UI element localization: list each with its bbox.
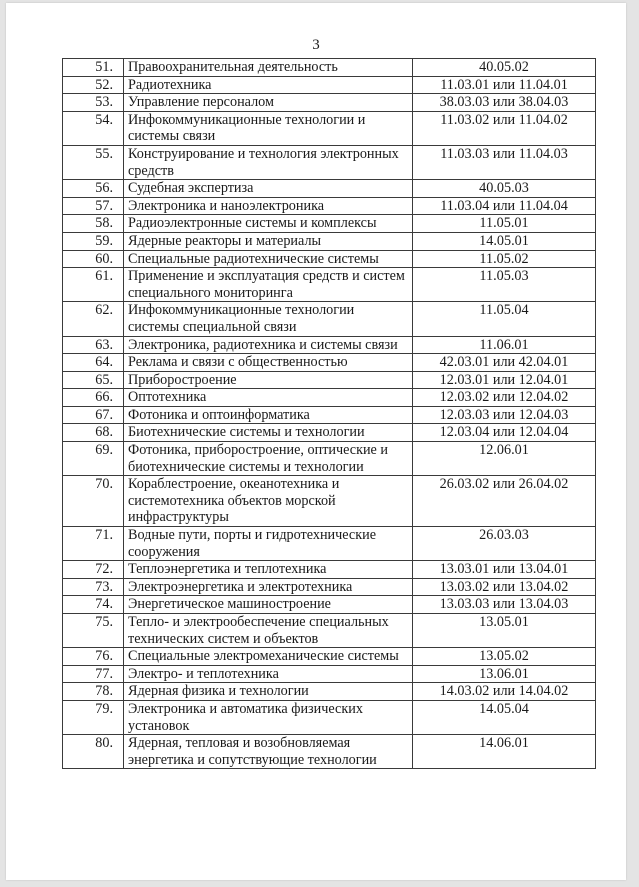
specialty-code: 11.03.03 или 11.04.03 <box>413 145 596 179</box>
specialty-name: Судебная экспертиза <box>124 180 413 198</box>
table-row: 62.Инфокоммуникационные технологии систе… <box>63 302 596 336</box>
specialty-name: Радиотехника <box>124 76 413 94</box>
row-number: 65. <box>63 371 124 389</box>
table-row: 69.Фотоника, приборостроение, оптические… <box>63 442 596 476</box>
specialty-code: 11.05.02 <box>413 250 596 268</box>
specialty-code: 13.05.01 <box>413 614 596 648</box>
table-row: 54.Инфокоммуникационные технологии и сис… <box>63 111 596 145</box>
row-number: 70. <box>63 476 124 527</box>
table-row: 67.Фотоника и оптоинформатика12.03.03 ил… <box>63 406 596 424</box>
specialty-code: 12.03.04 или 12.04.04 <box>413 424 596 442</box>
specialty-name: Правоохранительная деятельность <box>124 59 413 77</box>
table-row: 53.Управление персоналом38.03.03 или 38.… <box>63 94 596 112</box>
specialty-name: Кораблестроение, океанотехника и системо… <box>124 476 413 527</box>
table-row: 55.Конструирование и технология электрон… <box>63 145 596 179</box>
specialty-name: Биотехнические системы и технологии <box>124 424 413 442</box>
specialty-name: Электроника и автоматика физических уста… <box>124 700 413 734</box>
table-row: 74.Энергетическое машиностроение13.03.03… <box>63 596 596 614</box>
table-row: 79.Электроника и автоматика физических у… <box>63 700 596 734</box>
specialty-code: 38.03.03 или 38.04.03 <box>413 94 596 112</box>
specialty-name: Ядерная, тепловая и возобновляемая энерг… <box>124 735 413 769</box>
table-row: 61.Применение и эксплуатация средств и с… <box>63 268 596 302</box>
specialty-code: 11.05.03 <box>413 268 596 302</box>
specialty-name: Приборостроение <box>124 371 413 389</box>
row-number: 76. <box>63 648 124 666</box>
specialty-name: Оптотехника <box>124 389 413 407</box>
row-number: 74. <box>63 596 124 614</box>
table-row: 64.Реклама и связи с общественностью42.0… <box>63 354 596 372</box>
table-row: 73.Электроэнергетика и электротехника13.… <box>63 578 596 596</box>
specialty-name: Ядерная физика и технологии <box>124 683 413 701</box>
specialty-code: 14.03.02 или 14.04.02 <box>413 683 596 701</box>
row-number: 56. <box>63 180 124 198</box>
specialty-name: Радиоэлектронные системы и комплексы <box>124 215 413 233</box>
specialties-table: 51.Правоохранительная деятельность40.05.… <box>62 58 596 769</box>
table-row: 70.Кораблестроение, океанотехника и сист… <box>63 476 596 527</box>
page-number: 3 <box>6 36 626 54</box>
row-number: 52. <box>63 76 124 94</box>
table-body: 51.Правоохранительная деятельность40.05.… <box>63 59 596 769</box>
table-row: 71.Водные пути, порты и гидротехнические… <box>63 527 596 561</box>
specialty-name: Управление персоналом <box>124 94 413 112</box>
row-number: 53. <box>63 94 124 112</box>
specialty-code: 26.03.02 или 26.04.02 <box>413 476 596 527</box>
specialty-name: Инфокоммуникационные технологии и систем… <box>124 111 413 145</box>
specialty-name: Фотоника и оптоинформатика <box>124 406 413 424</box>
row-number: 57. <box>63 197 124 215</box>
specialty-name: Реклама и связи с общественностью <box>124 354 413 372</box>
specialty-code: 13.03.02 или 13.04.02 <box>413 578 596 596</box>
table-row: 75.Тепло- и электрообеспечение специальн… <box>63 614 596 648</box>
table-row: 80.Ядерная, тепловая и возобновляемая эн… <box>63 735 596 769</box>
specialty-code: 13.03.03 или 13.04.03 <box>413 596 596 614</box>
specialty-name: Теплоэнергетика и теплотехника <box>124 561 413 579</box>
specialty-code: 42.03.01 или 42.04.01 <box>413 354 596 372</box>
specialty-name: Электро- и теплотехника <box>124 665 413 683</box>
row-number: 68. <box>63 424 124 442</box>
row-number: 64. <box>63 354 124 372</box>
row-number: 72. <box>63 561 124 579</box>
specialty-code: 11.05.01 <box>413 215 596 233</box>
specialty-code: 12.03.01 или 12.04.01 <box>413 371 596 389</box>
specialty-code: 14.06.01 <box>413 735 596 769</box>
row-number: 55. <box>63 145 124 179</box>
row-number: 79. <box>63 700 124 734</box>
specialty-code: 40.05.03 <box>413 180 596 198</box>
specialty-code: 11.05.04 <box>413 302 596 336</box>
specialty-name: Энергетическое машиностроение <box>124 596 413 614</box>
row-number: 58. <box>63 215 124 233</box>
specialty-name: Электроэнергетика и электротехника <box>124 578 413 596</box>
specialty-name: Инфокоммуникационные технологии системы … <box>124 302 413 336</box>
table-row: 63.Электроника, радиотехника и системы с… <box>63 336 596 354</box>
table-row: 72.Теплоэнергетика и теплотехника13.03.0… <box>63 561 596 579</box>
row-number: 69. <box>63 442 124 476</box>
specialty-code: 14.05.01 <box>413 232 596 250</box>
table-row: 76.Специальные электромеханические систе… <box>63 648 596 666</box>
row-number: 51. <box>63 59 124 77</box>
table-row: 65.Приборостроение12.03.01 или 12.04.01 <box>63 371 596 389</box>
specialty-code: 12.03.02 или 12.04.02 <box>413 389 596 407</box>
row-number: 61. <box>63 268 124 302</box>
specialty-code: 13.03.01 или 13.04.01 <box>413 561 596 579</box>
specialty-name: Водные пути, порты и гидротехнические со… <box>124 527 413 561</box>
specialty-code: 40.05.02 <box>413 59 596 77</box>
table-row: 59.Ядерные реакторы и материалы14.05.01 <box>63 232 596 250</box>
specialty-name: Электроника и наноэлектроника <box>124 197 413 215</box>
specialty-code: 12.06.01 <box>413 442 596 476</box>
specialty-name: Ядерные реакторы и материалы <box>124 232 413 250</box>
table-row: 51.Правоохранительная деятельность40.05.… <box>63 59 596 77</box>
specialty-name: Фотоника, приборостроение, оптические и … <box>124 442 413 476</box>
row-number: 75. <box>63 614 124 648</box>
specialty-name: Электроника, радиотехника и системы связ… <box>124 336 413 354</box>
table-row: 77.Электро- и теплотехника13.06.01 <box>63 665 596 683</box>
specialty-code: 26.03.03 <box>413 527 596 561</box>
row-number: 54. <box>63 111 124 145</box>
specialty-code: 11.06.01 <box>413 336 596 354</box>
table-row: 60.Специальные радиотехнические системы1… <box>63 250 596 268</box>
row-number: 67. <box>63 406 124 424</box>
row-number: 71. <box>63 527 124 561</box>
specialty-code: 11.03.01 или 11.04.01 <box>413 76 596 94</box>
specialty-name: Специальные электромеханические системы <box>124 648 413 666</box>
specialty-code: 13.06.01 <box>413 665 596 683</box>
row-number: 62. <box>63 302 124 336</box>
specialty-code: 11.03.02 или 11.04.02 <box>413 111 596 145</box>
specialty-name: Конструирование и технология электронных… <box>124 145 413 179</box>
specialty-code: 13.05.02 <box>413 648 596 666</box>
table-row: 66.Оптотехника12.03.02 или 12.04.02 <box>63 389 596 407</box>
document-page: 3 51.Правоохранительная деятельность40.0… <box>6 3 626 880</box>
table-row: 58.Радиоэлектронные системы и комплексы1… <box>63 215 596 233</box>
table-row: 68.Биотехнические системы и технологии12… <box>63 424 596 442</box>
specialty-code: 12.03.03 или 12.04.03 <box>413 406 596 424</box>
row-number: 63. <box>63 336 124 354</box>
row-number: 77. <box>63 665 124 683</box>
row-number: 80. <box>63 735 124 769</box>
specialty-code: 14.05.04 <box>413 700 596 734</box>
specialty-name: Специальные радиотехнические системы <box>124 250 413 268</box>
specialty-name: Применение и эксплуатация средств и сист… <box>124 268 413 302</box>
row-number: 66. <box>63 389 124 407</box>
table-row: 57.Электроника и наноэлектроника11.03.04… <box>63 197 596 215</box>
row-number: 60. <box>63 250 124 268</box>
row-number: 59. <box>63 232 124 250</box>
table-row: 78.Ядерная физика и технологии14.03.02 и… <box>63 683 596 701</box>
table-row: 56.Судебная экспертиза40.05.03 <box>63 180 596 198</box>
table-row: 52.Радиотехника11.03.01 или 11.04.01 <box>63 76 596 94</box>
row-number: 73. <box>63 578 124 596</box>
specialty-name: Тепло- и электрообеспечение специальных … <box>124 614 413 648</box>
specialty-code: 11.03.04 или 11.04.04 <box>413 197 596 215</box>
row-number: 78. <box>63 683 124 701</box>
